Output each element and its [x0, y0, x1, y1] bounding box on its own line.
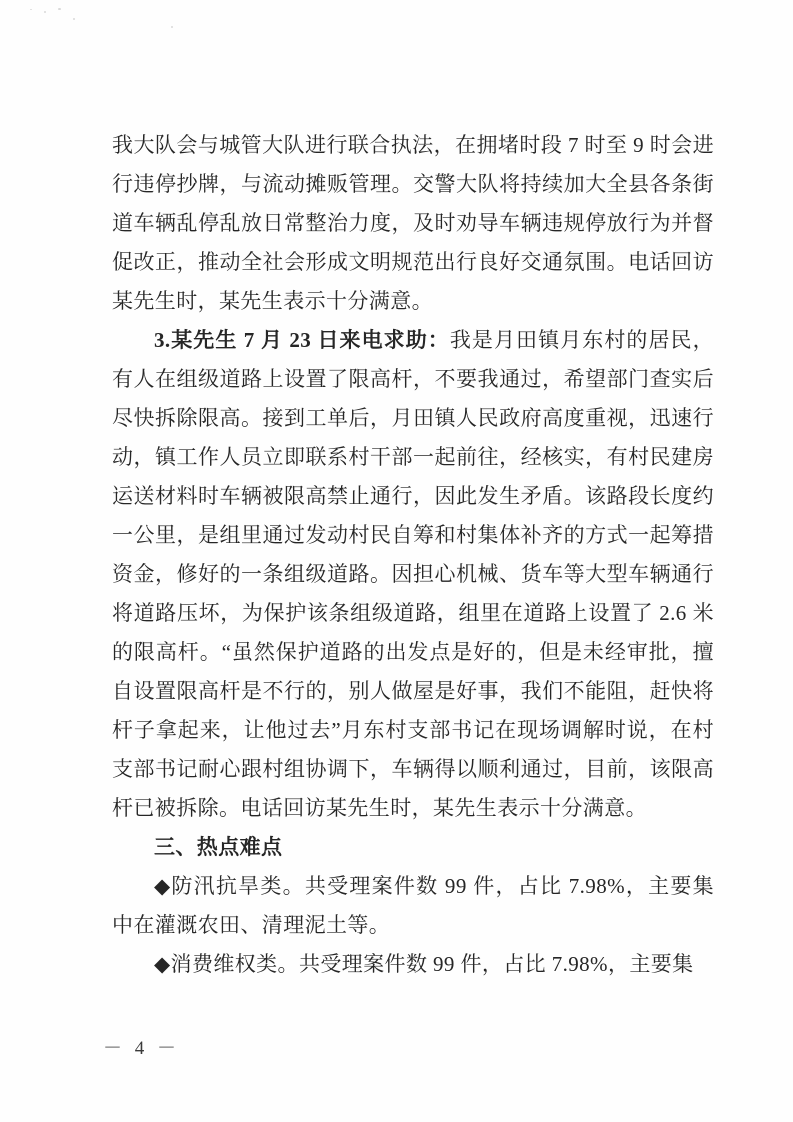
- scan-speckle: [58, 8, 61, 10]
- scan-speckle: [30, 9, 32, 10]
- paragraph-continuation: 我大队会与城管大队进行联合执法，在拥堵时段 7 时至 9 时会进行违停抄牌，与流…: [112, 126, 714, 321]
- bullet-consumer-rights: ◆消费维权类。共受理案件数 99 件，占比 7.98%，主要集: [112, 945, 714, 984]
- scan-speckle: [171, 26, 173, 28]
- section-heading-hotspots: 三、热点难点: [112, 828, 714, 867]
- scan-speckle: [44, 11, 46, 13]
- case3-lead-label: 3.某先生 7 月 23 日来电求助：: [154, 328, 450, 352]
- bullet-flood-drought: ◆防汛抗旱类。共受理案件数 99 件，占比 7.98%，主要集中在灌溉农田、清理…: [112, 867, 714, 945]
- document-body: 我大队会与城管大队进行联合执法，在拥堵时段 7 时至 9 时会进行违停抄牌，与流…: [112, 126, 714, 984]
- paragraph-case3: 3.某先生 7 月 23 日来电求助：我是月田镇月东村的居民，有人在组级道路上设…: [112, 321, 714, 828]
- page-number: － 4 －: [103, 1033, 180, 1060]
- scan-speckle: [73, 18, 75, 20]
- document-page: 我大队会与城管大队进行联合执法，在拥堵时段 7 时至 9 时会进行违停抄牌，与流…: [0, 0, 793, 1122]
- case3-body-text: 我是月田镇月东村的居民，有人在组级道路上设置了限高杆，不要我通过，希望部门查实后…: [112, 328, 714, 820]
